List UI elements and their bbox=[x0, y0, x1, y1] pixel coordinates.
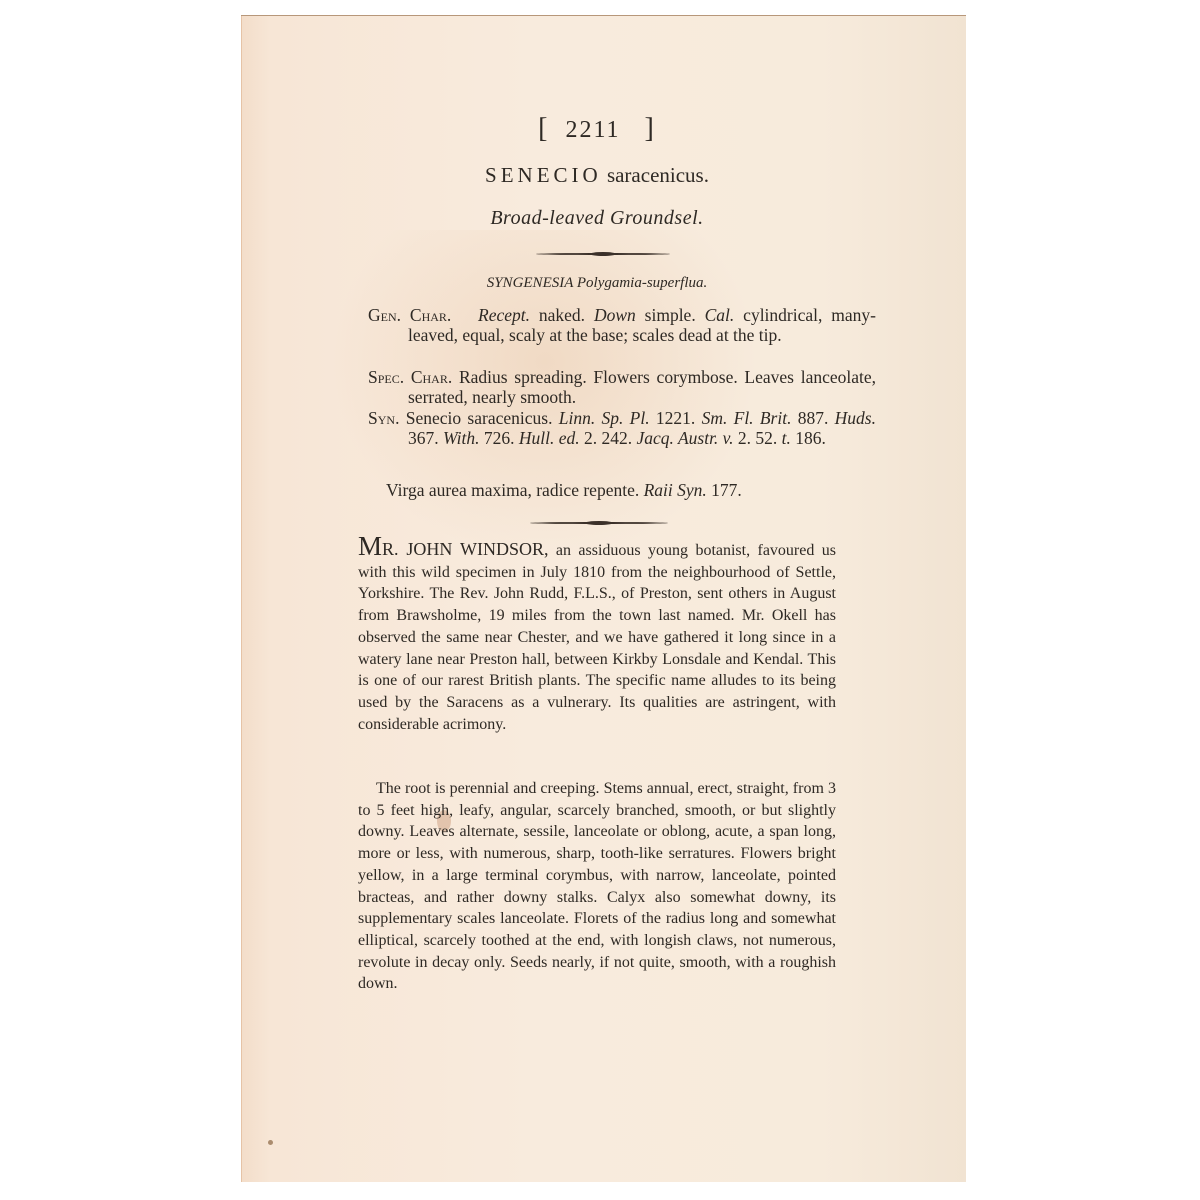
bracket-open: [ bbox=[538, 113, 549, 144]
recept-label: Recept. bbox=[478, 305, 530, 325]
syn-num: 367. bbox=[408, 428, 443, 448]
recept-text: naked. bbox=[530, 305, 594, 325]
gen-char-label: Gen. Char. bbox=[368, 305, 451, 325]
syn-ref: With. bbox=[443, 428, 479, 448]
common-name: Broad-leaved Groundsel. bbox=[358, 207, 836, 230]
lead-name: R. JOHN WINDSOR, bbox=[382, 539, 548, 559]
syn-ref: Jacq. Austr. v. bbox=[636, 428, 733, 448]
ornamental-rule bbox=[536, 253, 670, 255]
syn-num: 1221. bbox=[650, 408, 702, 428]
syn-ref: Sm. Fl. Brit. bbox=[702, 408, 792, 428]
drop-cap: M bbox=[358, 531, 382, 561]
syn-ref: Linn. Sp. Pl. bbox=[559, 408, 650, 428]
plate-number: [ 2211 ] bbox=[358, 113, 836, 145]
specific-character: Spec. Char. Radius spreading. Flowers co… bbox=[368, 367, 876, 407]
linnaean-classification: SYNGENESIA Polygamia-superflua. bbox=[358, 275, 836, 292]
down-text: simple. bbox=[636, 305, 705, 325]
species-name: saracenicus. bbox=[607, 163, 709, 187]
description-paragraph-1: MR. JOHN WINDSOR, an assiduous young bot… bbox=[358, 536, 836, 735]
synonymy: Syn. Senecio saracenicus. Linn. Sp. Pl. … bbox=[368, 408, 876, 448]
cal-label: Cal. bbox=[705, 305, 735, 325]
syn-num: 726. bbox=[479, 428, 518, 448]
virga-num: 177. bbox=[707, 480, 742, 500]
plate-number-value: 2211 bbox=[565, 117, 620, 143]
syn-label: Syn. bbox=[368, 408, 399, 428]
spec-char-label: Spec. Char. bbox=[368, 367, 452, 387]
syn-num: 186. bbox=[791, 428, 826, 448]
foxing-spot bbox=[268, 1140, 273, 1145]
down-label: Down bbox=[594, 305, 636, 325]
syn-ref: Hull. ed. bbox=[519, 428, 580, 448]
syn-ref: Huds. bbox=[835, 408, 876, 428]
syn-text: Senecio saracenicus. bbox=[399, 408, 558, 428]
ornamental-rule bbox=[530, 522, 668, 524]
genus-name: SENECIO bbox=[485, 163, 602, 187]
syn-num: 887. bbox=[791, 408, 834, 428]
bracket-close: ] bbox=[645, 113, 656, 144]
description-paragraph-2: The root is perennial and creeping. Stem… bbox=[358, 778, 836, 995]
paragraph-text: an assiduous young botanist, favoured us… bbox=[358, 542, 836, 733]
syn-num: 2. 52. bbox=[734, 428, 782, 448]
virga-text: Virga aurea maxima, radice repente. bbox=[386, 480, 644, 500]
spec-char-text: Radius spreading. Flowers corymbose. Lea… bbox=[408, 367, 876, 407]
virga-ref: Raii Syn. bbox=[644, 480, 707, 500]
syn-ref: t. bbox=[782, 428, 791, 448]
synonym-virga-aurea: Virga aurea maxima, radice repente. Raii… bbox=[386, 480, 836, 500]
generic-character: Gen. Char. Recept. naked. Down simple. C… bbox=[368, 305, 876, 345]
species-title: SENECIO saracenicus. bbox=[358, 163, 836, 188]
syn-num: 2. 242. bbox=[580, 428, 637, 448]
